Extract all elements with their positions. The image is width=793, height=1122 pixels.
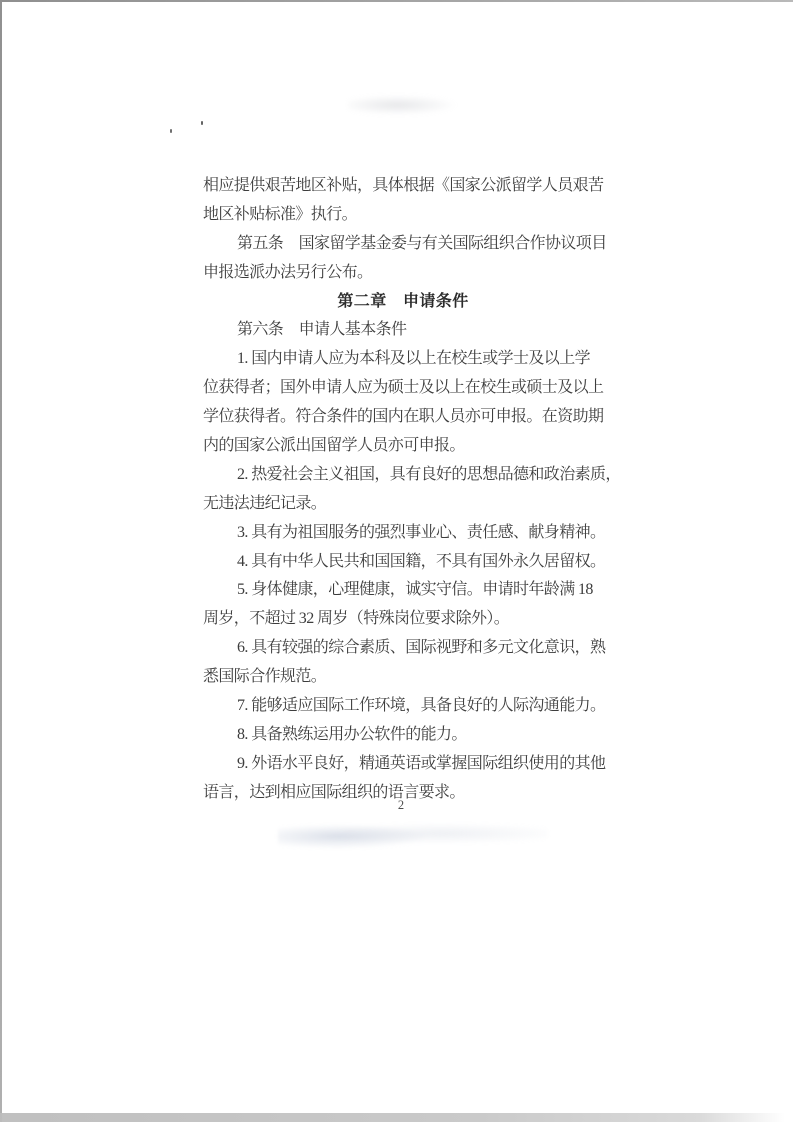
document-line: 5. 身体健康，心理健康，诚实守信。申请时年龄满 18: [203, 576, 603, 605]
document-line: 4. 具有中华人民共和国国籍，不具有国外永久居留权。: [203, 548, 603, 577]
document-line: 第五条 国家留学基金委与有关国际组织合作协议项目: [203, 230, 603, 259]
document-line: 第六条 申请人基本条件: [203, 316, 603, 345]
scan-artifact-dot: [201, 121, 203, 125]
document-line: 申报选派办法另行公布。: [203, 259, 603, 288]
document-line: 9. 外语水平良好，精通英语或掌握国际组织使用的其他: [203, 750, 603, 779]
document-line: 8. 具备熟练运用办公软件的能力。: [203, 721, 603, 750]
scan-artifact-smudge: [348, 95, 458, 115]
document-line: 学位获得者。符合条件的国内在职人员亦可申报。在资助期: [203, 403, 603, 432]
document-line: 6. 具有较强的综合素质、国际视野和多元文化意识，熟: [203, 634, 603, 663]
page-number: 2: [203, 798, 599, 813]
document-line: 无违法违纪记录。: [203, 490, 603, 519]
scan-edge-left: [0, 0, 2, 1122]
scan-artifact-dot: [170, 129, 172, 133]
document-line: 地区补贴标准》执行。: [203, 201, 603, 230]
document-line: 2. 热爱社会主义祖国，具有良好的思想品德和政治素质，: [203, 461, 603, 490]
document-line: 内的国家公派出国留学人员亦可申报。: [203, 432, 603, 461]
document-line: 3. 具有为祖国服务的强烈事业心、责任感、献身精神。: [203, 519, 603, 548]
document-line: 相应提供艰苦地区补贴，具体根据《国家公派留学人员艰苦: [203, 172, 603, 201]
document-line: 周岁，不超过 32 周岁（特殊岗位要求除外）。: [203, 605, 603, 634]
document-line: 位获得者；国外申请人应为硕士及以上在校生或硕士及以上: [203, 374, 603, 403]
scan-artifact-smudge: [278, 820, 548, 850]
document-line: 1. 国内申请人应为本科及以上在校生或学士及以上学: [203, 345, 603, 374]
document-page: 相应提供艰苦地区补贴，具体根据《国家公派留学人员艰苦 地区补贴标准》执行。 第五…: [0, 0, 793, 1122]
document-line: 7. 能够适应国际工作环境，具备良好的人际沟通能力。: [203, 692, 603, 721]
document-text-block: 相应提供艰苦地区补贴，具体根据《国家公派留学人员艰苦 地区补贴标准》执行。 第五…: [203, 172, 603, 808]
scan-edge-top: [0, 0, 793, 2]
scan-edge-bottom: [0, 1113, 793, 1122]
chapter-heading: 第二章 申请条件: [203, 288, 603, 317]
document-line: 悉国际合作规范。: [203, 663, 603, 692]
scanned-document: { "document": { "language": "zh-CN", "li…: [0, 0, 793, 1122]
